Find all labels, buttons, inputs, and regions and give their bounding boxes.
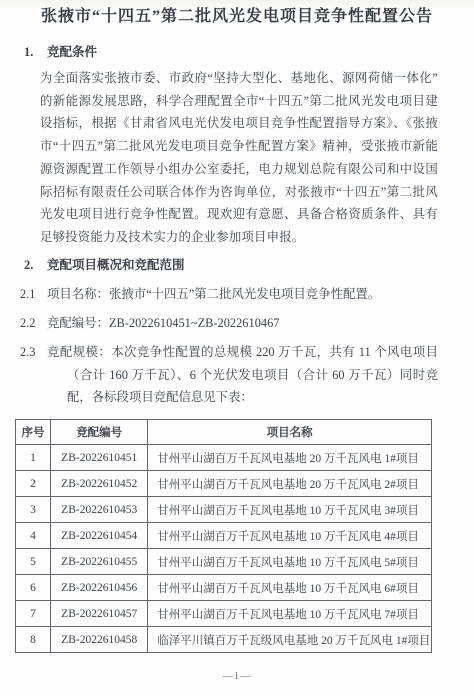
table-cell: ZB-2022610458 (51, 627, 148, 653)
table-header-code: 竞配编号 (51, 420, 148, 445)
table-cell: 7 (16, 601, 51, 627)
item-2-1-number: 2.1 (20, 283, 36, 306)
table-cell: 甘州平山湖百万千瓦风电基地 10 万千瓦风电 6#项目 (148, 575, 432, 601)
item-2-1: 2.1 项目名称：张掖市“十四五”第二批风光发电项目竞争性配置。 (0, 283, 438, 306)
table-cell: 甘州平山湖百万千瓦风电基地 20 万千瓦风电 1#项目 (148, 445, 432, 471)
document-title: 张掖市“十四五”第二批风光发电项目竞争性配置公告 (0, 0, 474, 27)
table-row: 8ZB-2022610458临泽平川镇百万千瓦级风电基地 20 万千瓦风电 1#… (16, 627, 432, 653)
table-cell: ZB-2022610454 (51, 523, 148, 549)
table-cell: ZB-2022610451 (51, 445, 148, 471)
table-cell: ZB-2022610456 (51, 575, 148, 601)
section-1-paragraph: 为全面落实张掖市委、市政府“坚持大型化、基地化、源网荷储一体化”的新能源发展思路… (40, 67, 438, 249)
section-1-number: 1. (24, 43, 33, 61)
section-2-heading: 2. 竞配项目概况和竞配范围 (0, 256, 474, 274)
table-body: 1ZB-2022610451甘州平山湖百万千瓦风电基地 20 万千瓦风电 1#项… (16, 445, 432, 653)
table-cell: 1 (16, 445, 51, 471)
table-cell: ZB-2022610455 (51, 549, 148, 575)
table-row: 3ZB-2022610453甘州平山湖百万千瓦风电基地 10 万千瓦风电 3#项… (16, 497, 432, 523)
table-cell: 5 (16, 549, 51, 575)
section-1-heading: 1. 竞配条件 (0, 43, 474, 61)
table-row: 6ZB-2022610456甘州平山湖百万千瓦风电基地 10 万千瓦风电 6#项… (16, 575, 432, 601)
projects-table: 序号 竞配编号 项目名称 1ZB-2022610451甘州平山湖百万千瓦风电基地… (15, 419, 432, 653)
table-cell: 甘州平山湖百万千瓦风电基地 10 万千瓦风电 3#项目 (148, 497, 432, 523)
table-cell: 4 (16, 523, 51, 549)
table-cell: ZB-2022610453 (51, 497, 148, 523)
item-2-2-text: 竞配编号：ZB-2022610451~ZB-2022610467 (47, 316, 279, 330)
table-row: 7ZB-2022610457甘州平山湖百万千瓦风电基地 10 万千瓦风电 7#项… (16, 601, 432, 627)
item-2-1-text: 项目名称：张掖市“十四五”第二批风光发电项目竞争性配置。 (47, 287, 380, 301)
item-2-2-number: 2.2 (20, 312, 36, 335)
table-header-seq: 序号 (16, 420, 51, 445)
item-2-2: 2.2 竞配编号：ZB-2022610451~ZB-2022610467 (0, 312, 438, 335)
item-2-3-text: 竞配规模：本次竞争性配置的总规模 220 万千瓦，共有 11 个风电项目（合计 … (47, 341, 438, 409)
table-cell: 8 (16, 627, 51, 653)
table-cell: ZB-2022610457 (51, 601, 148, 627)
table-row: 2ZB-2022610452甘州平山湖百万千瓦风电基地 20 万千瓦风电 2#项… (16, 471, 432, 497)
table-cell: 甘州平山湖百万千瓦风电基地 10 万千瓦风电 7#项目 (148, 601, 432, 627)
page-number: —1— (0, 671, 474, 682)
table-cell: 甘州平山湖百万千瓦风电基地 20 万千瓦风电 2#项目 (148, 471, 432, 497)
table-cell: 6 (16, 575, 51, 601)
table-row: 1ZB-2022610451甘州平山湖百万千瓦风电基地 20 万千瓦风电 1#项… (16, 445, 432, 471)
table-cell: 3 (16, 497, 51, 523)
document-page: 张掖市“十四五”第二批风光发电项目竞争性配置公告 1. 竞配条件 为全面落实张掖… (0, 0, 474, 696)
table-cell: 临泽平川镇百万千瓦级风电基地 20 万千瓦风电 1#项目 (148, 627, 432, 653)
table-row: 5ZB-2022610455甘州平山湖百万千瓦风电基地 10 万千瓦风电 5#项… (16, 549, 432, 575)
table-cell: 甘州平山湖百万千瓦风电基地 10 万千瓦风电 5#项目 (148, 549, 432, 575)
table-header-project-name: 项目名称 (148, 420, 432, 445)
table-cell: ZB-2022610452 (51, 471, 148, 497)
table-cell: 2 (16, 471, 51, 497)
item-2-3: 2.3 竞配规模：本次竞争性配置的总规模 220 万千瓦，共有 11 个风电项目… (0, 341, 438, 409)
table-row: 4ZB-2022610454甘州平山湖百万千瓦风电基地 10 万千瓦风电 4#项… (16, 523, 432, 549)
section-1-title: 竞配条件 (47, 45, 97, 59)
table-cell: 甘州平山湖百万千瓦风电基地 10 万千瓦风电 4#项目 (148, 523, 432, 549)
item-2-3-number: 2.3 (20, 341, 36, 364)
section-2-number: 2. (24, 256, 33, 274)
section-2-title: 竞配项目概况和竞配范围 (47, 258, 185, 272)
table-header-row: 序号 竞配编号 项目名称 (16, 420, 432, 445)
